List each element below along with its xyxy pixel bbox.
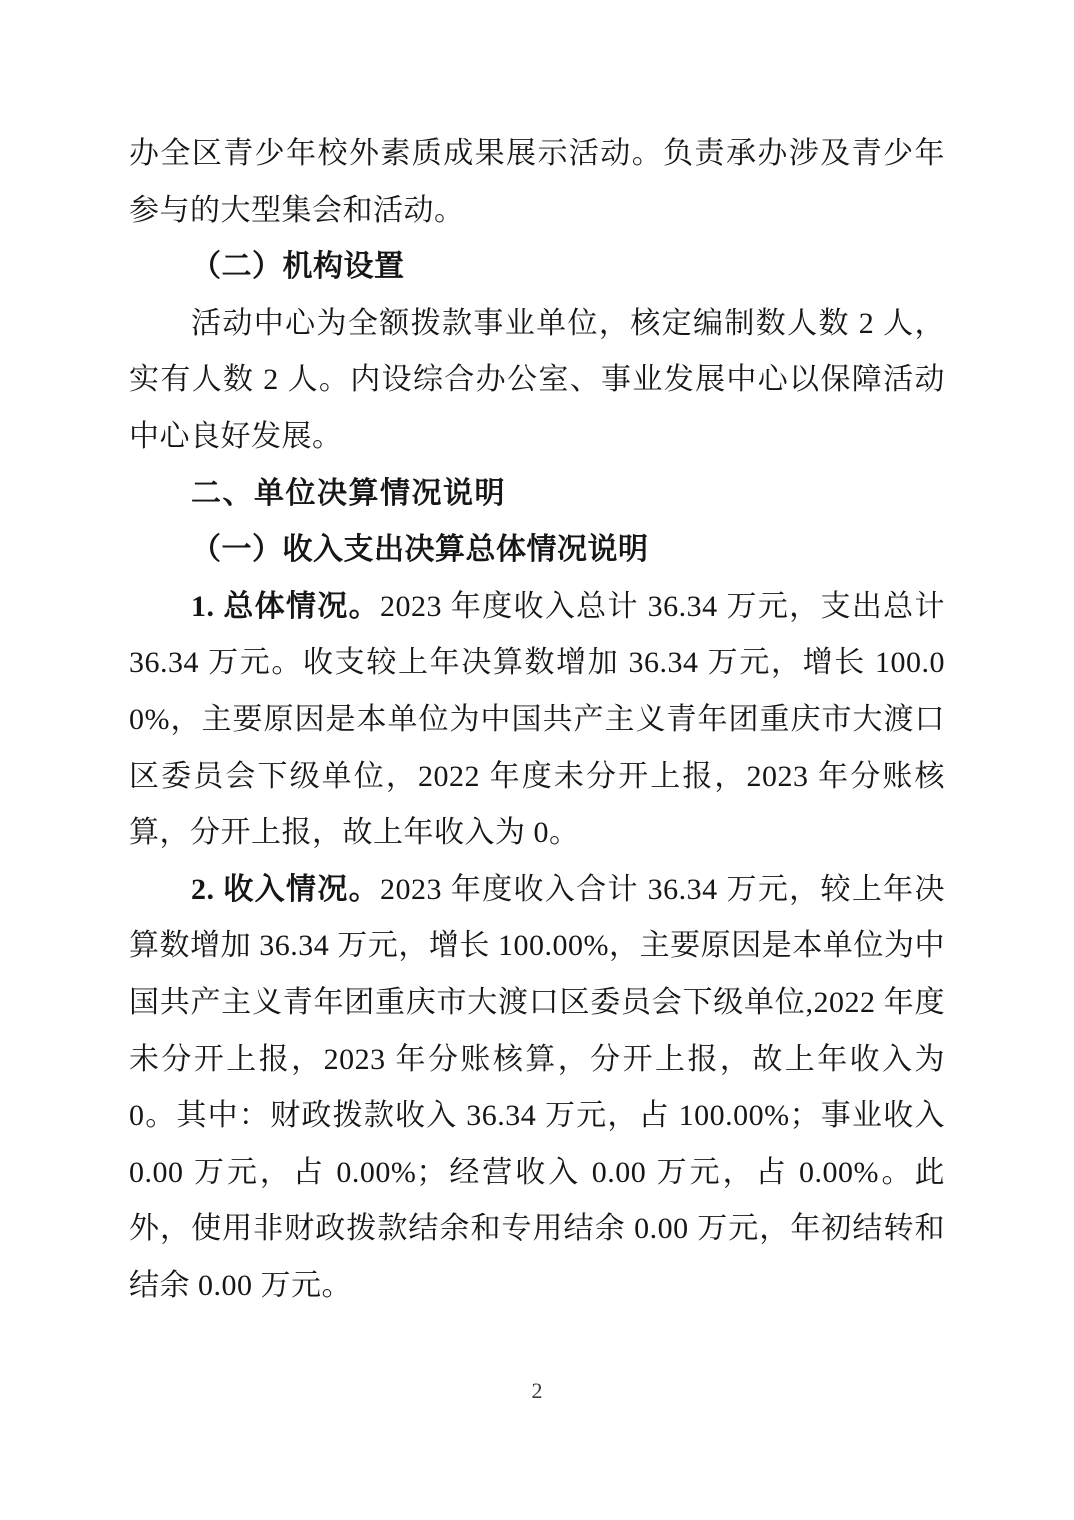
paragraph-lead-overall: 1. 总体情况。	[191, 590, 380, 623]
page-number: 2	[0, 1378, 1074, 1404]
chapter-heading-final-accounts: 二、单位决算情况说明	[129, 466, 945, 523]
paragraph-lead-income: 2. 收入情况。	[191, 873, 380, 906]
section-heading-income-expense-overview: （一）收入支出决算总体情况说明	[129, 522, 945, 579]
section-heading-org-setup: （二）机构设置	[129, 239, 945, 296]
paragraph-text-overall: 2023 年度收入总计 36.34 万元，支出总计 36.34 万元。收支较上年…	[129, 590, 945, 849]
body-paragraph-continuation: 办全区青少年校外素质成果展示活动。负责承办涉及青少年参与的大型集会和活动。	[129, 126, 945, 239]
body-paragraph-overall-situation: 1. 总体情况。2023 年度收入总计 36.34 万元，支出总计 36.34 …	[129, 579, 945, 862]
document-page: 办全区青少年校外素质成果展示活动。负责承办涉及青少年参与的大型集会和活动。 （二…	[0, 0, 1074, 1520]
paragraph-text-income: 2023 年度收入合计 36.34 万元，较上年决算数增加 36.34 万元，增…	[129, 873, 945, 1302]
body-paragraph-income-situation: 2. 收入情况。2023 年度收入合计 36.34 万元，较上年决算数增加 36…	[129, 862, 945, 1315]
body-paragraph-org: 活动中心为全额拨款事业单位，核定编制数人数 2 人，实有人数 2 人。内设综合办…	[129, 296, 945, 466]
